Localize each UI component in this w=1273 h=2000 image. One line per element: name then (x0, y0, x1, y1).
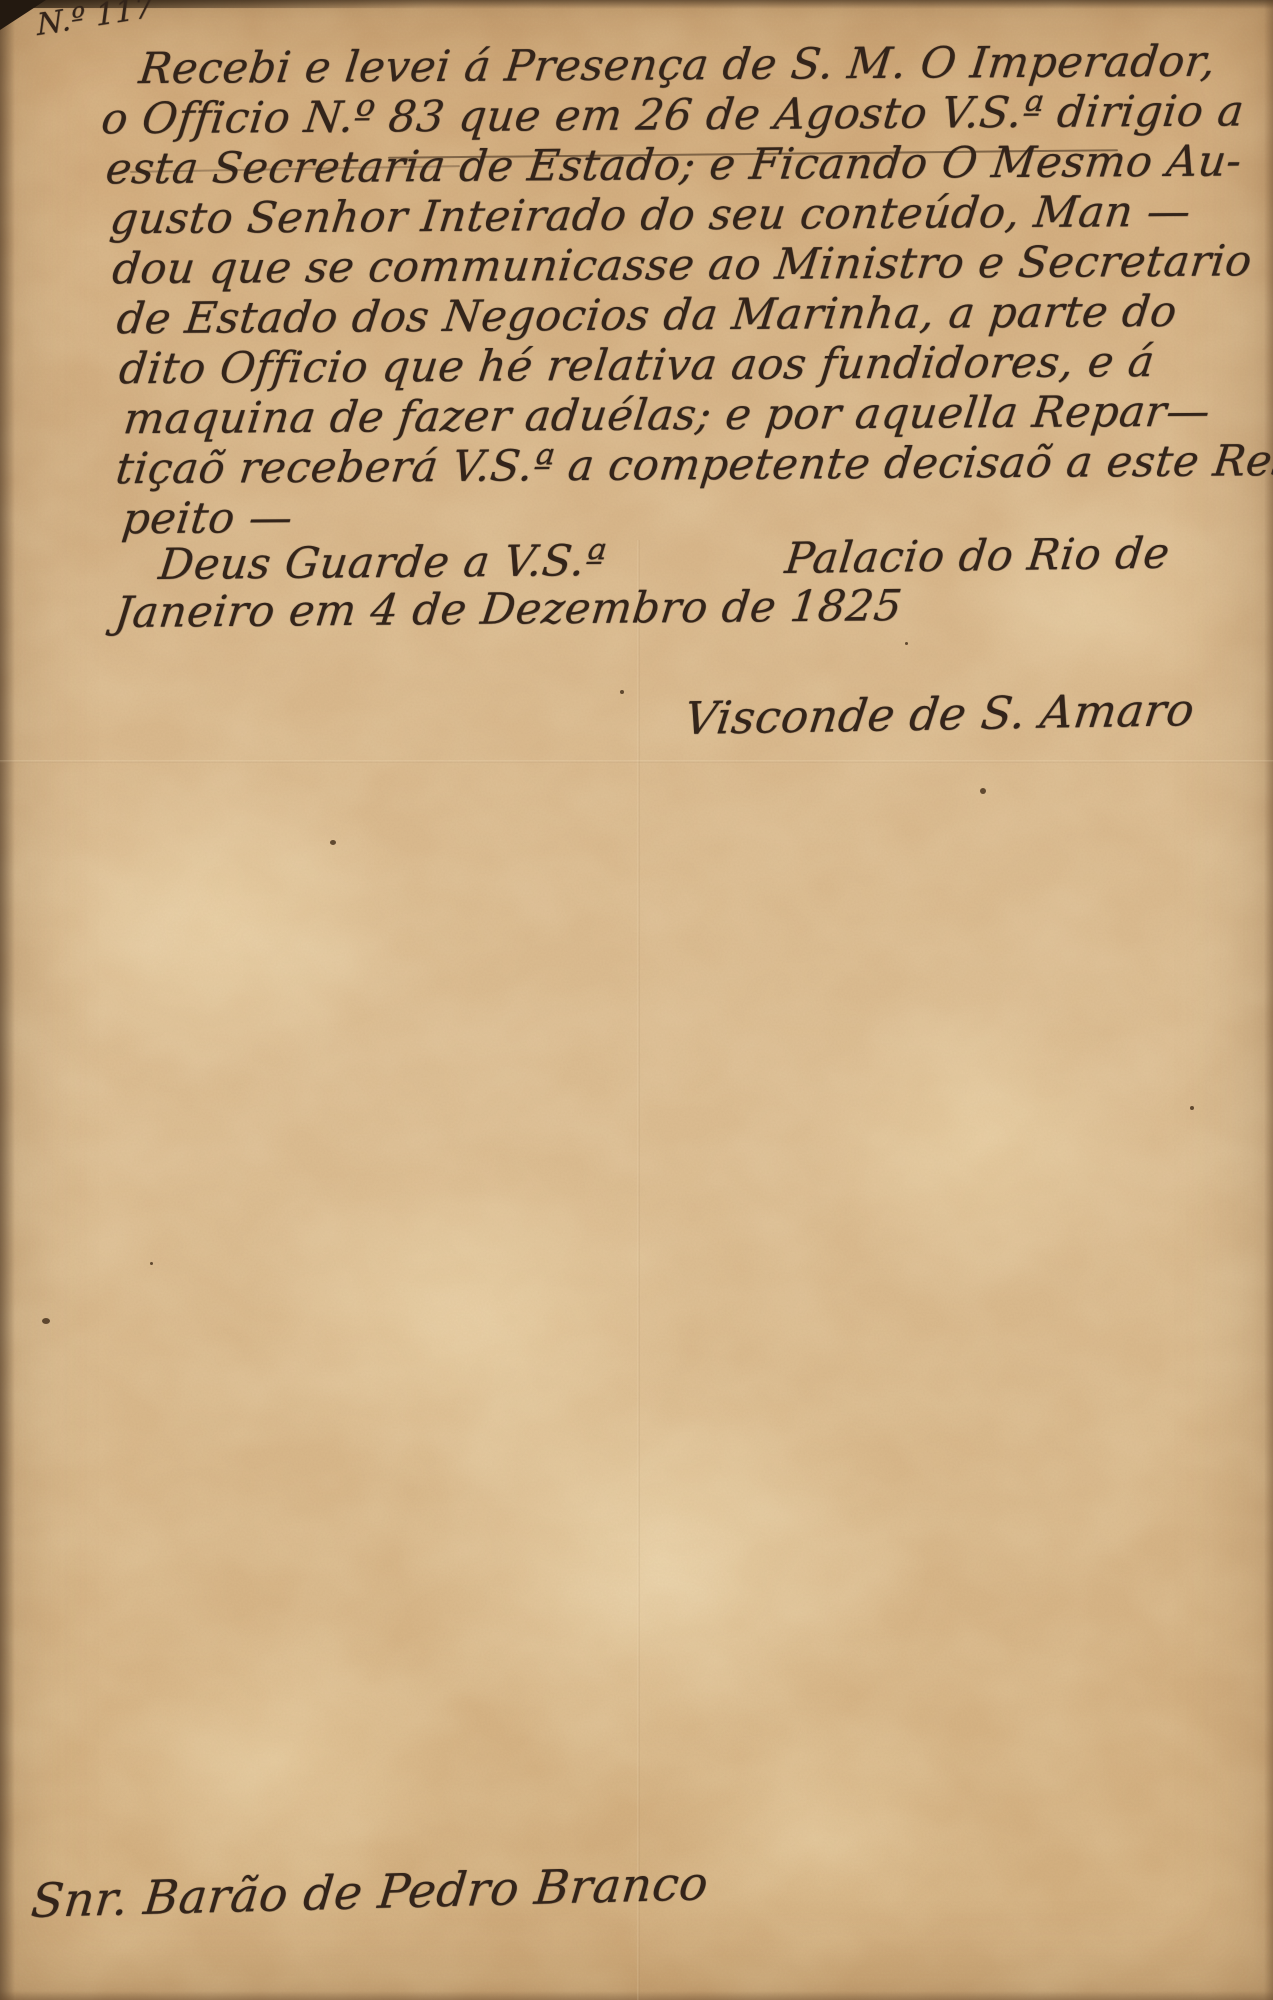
photo-left-edge (0, 0, 15, 2000)
manuscript-line: tiçaõ receberá V.S.ª a competente decisa… (113, 436, 1273, 495)
horizontal-fold-crease (0, 760, 1273, 763)
manuscript-line: maquina de fazer aduélas; e por aquella … (121, 386, 1273, 445)
manuscript-line: o Officio N.º 83 que em 26 de Agosto V.S… (99, 86, 1273, 145)
manuscript-page: N.º 117 Recebi e levei á Presença de S. … (0, 0, 1273, 2000)
ink-speck (905, 642, 908, 645)
ink-speck (150, 1262, 153, 1265)
manuscript-line: dou que se communicasse ao Ministro e Se… (110, 236, 1273, 295)
manuscript-line: dito Officio que hé relativa aos fundido… (117, 336, 1273, 395)
ink-speck (330, 840, 336, 845)
ink-speck (42, 1318, 50, 1324)
ink-speck (1190, 1106, 1194, 1110)
ink-speck (620, 690, 624, 694)
valediction: Deus Guarde a V.S.ª (156, 536, 608, 590)
date-line: Janeiro em 4 de Dezembro de 1825 (112, 581, 904, 638)
manuscript-line: esta Secretaria de Estado; e Ficando O M… (103, 136, 1273, 195)
manuscript-line: Recebi e levei á Presença de S. M. O Imp… (136, 36, 1273, 94)
letter-body: Recebi e levei á Presença de S. M. O Imp… (102, 36, 1273, 545)
place-line: Palacio do Rio de (783, 529, 1173, 584)
manuscript-line: de Estado dos Negocios da Marinha, a par… (114, 286, 1273, 345)
vertical-fold-crease (637, 540, 640, 2000)
ink-speck (980, 788, 986, 794)
manuscript-line: gusto Senhor Inteirado do seu conteúdo, … (108, 186, 1273, 245)
signature: Visconde de S. Amaro (681, 683, 1197, 745)
